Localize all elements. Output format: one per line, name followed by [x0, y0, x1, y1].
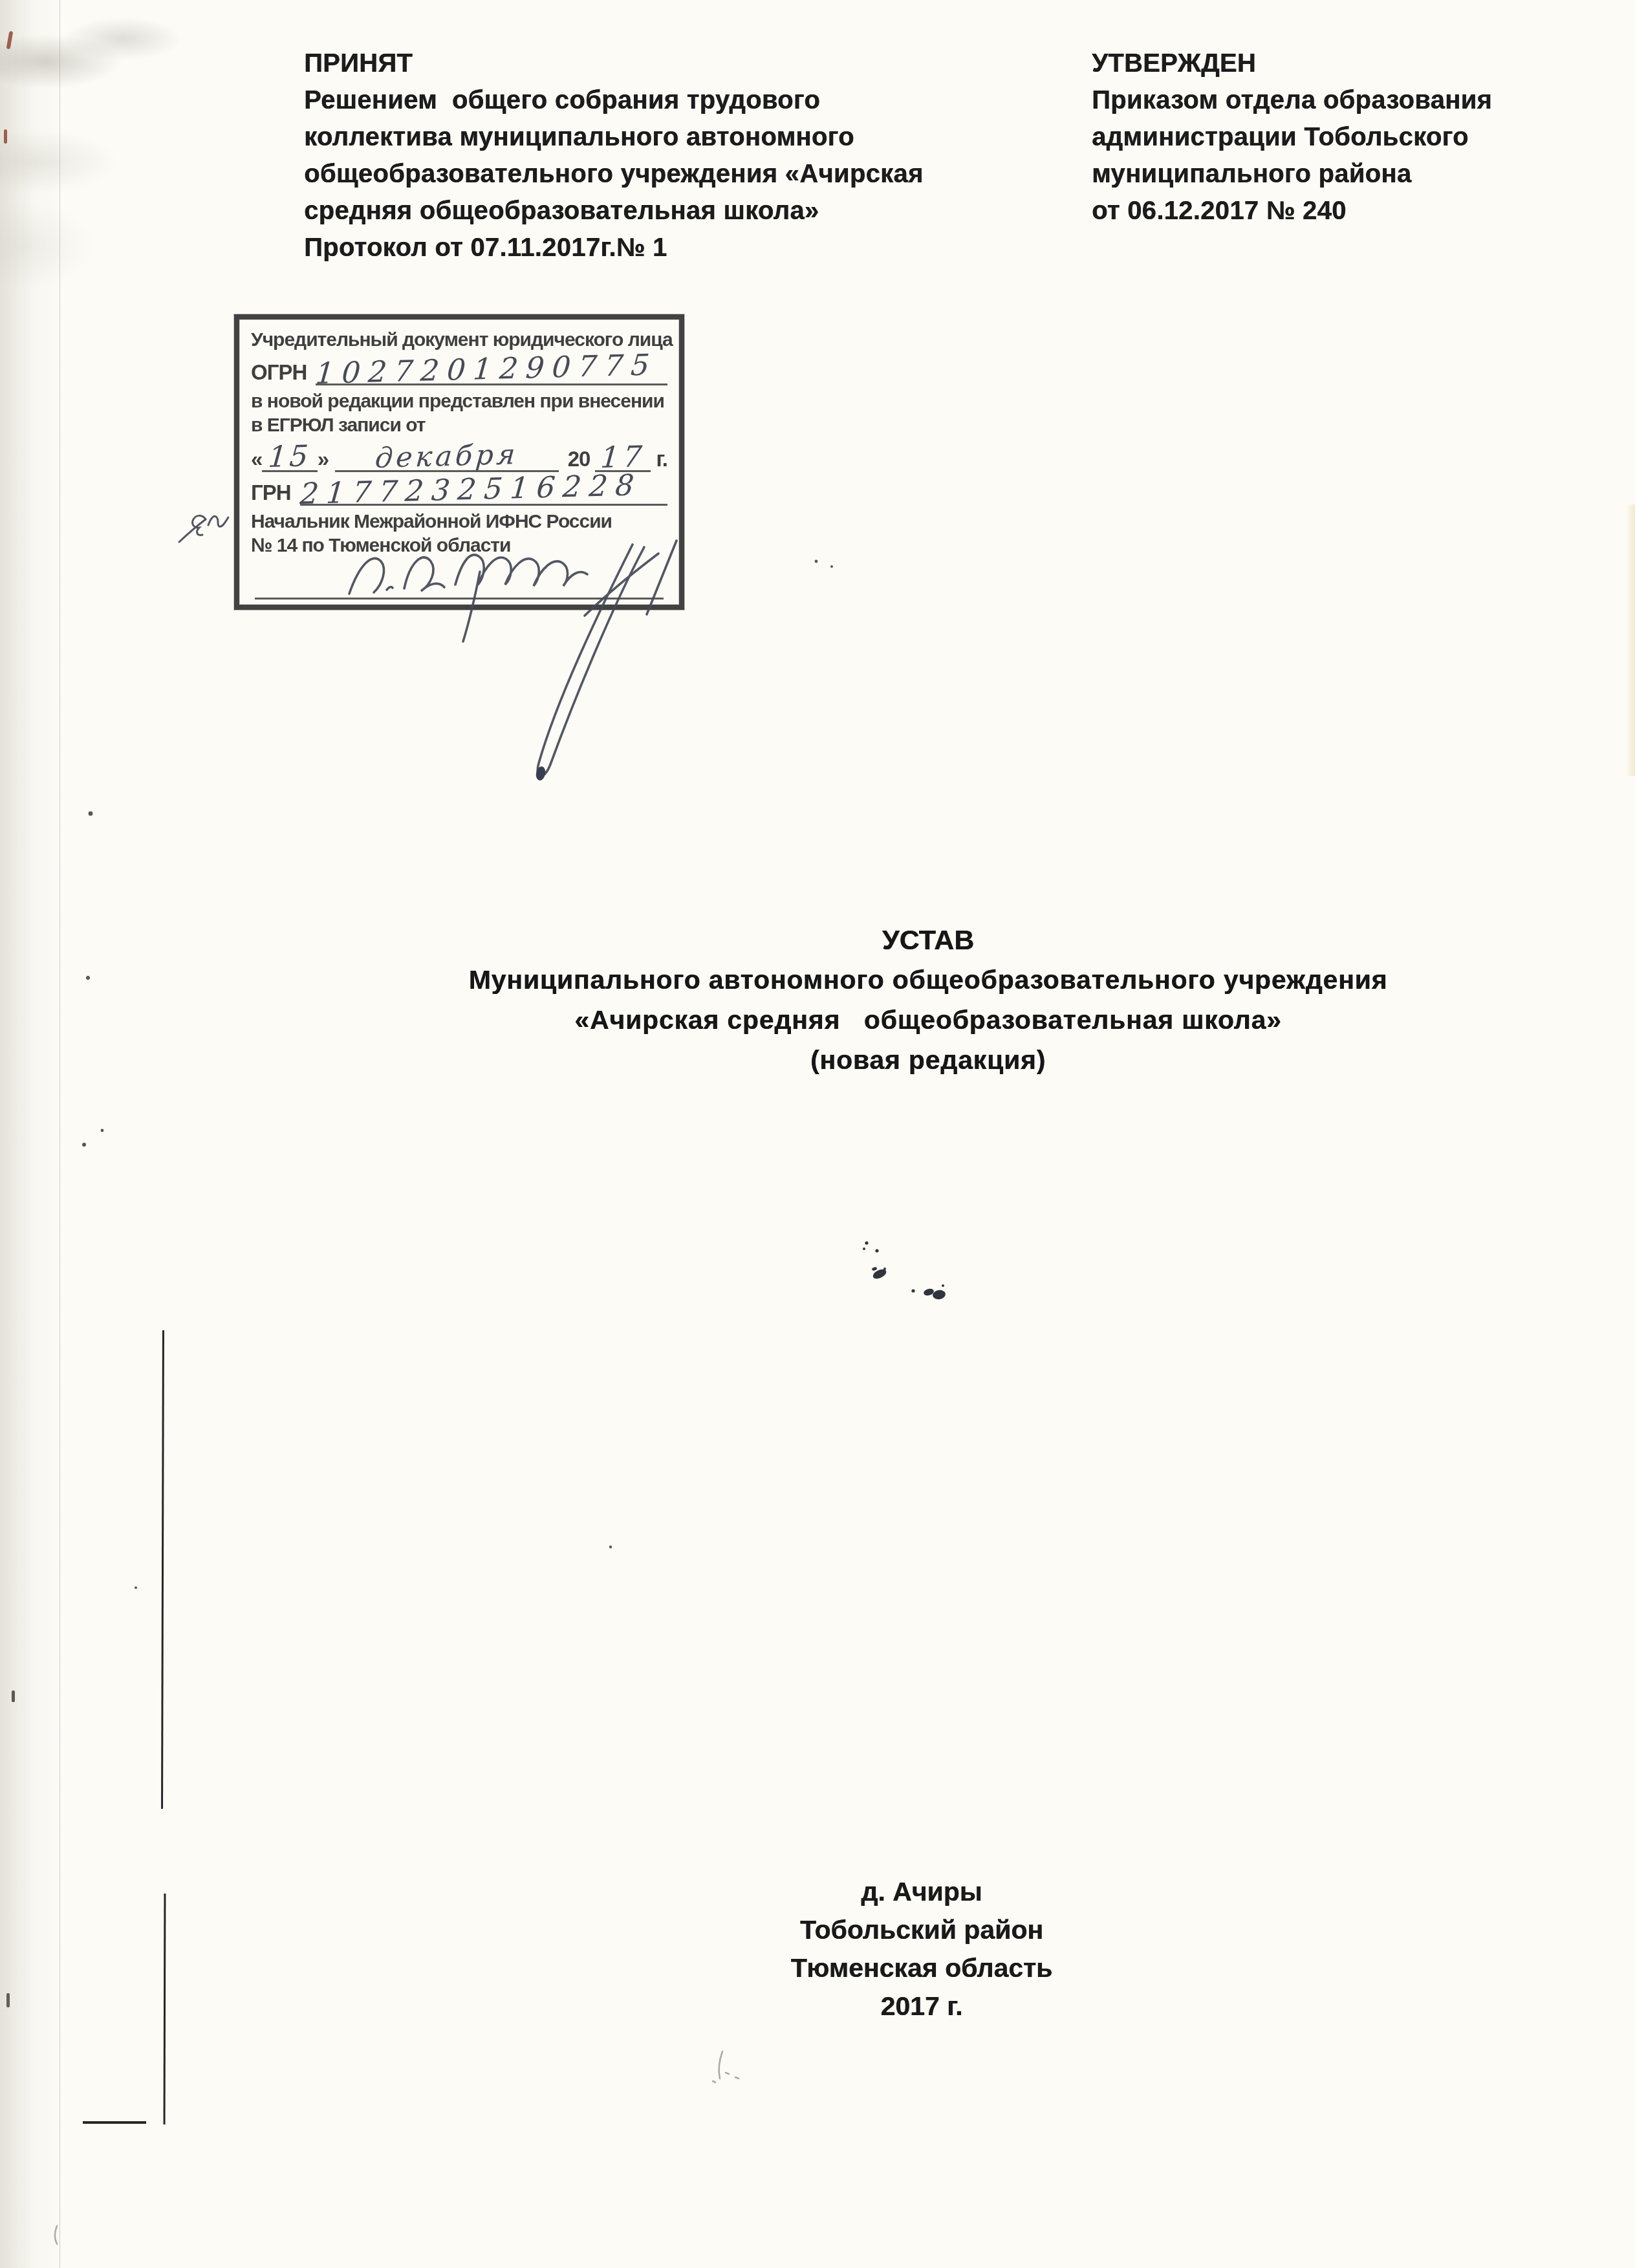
scan-specks — [6, 560, 833, 2007]
accepted-block: ПРИНЯТ Решением общего собрания трудовог… — [304, 45, 1074, 266]
footer-block: д. Ачиры Тобольский район Тюменская обла… — [213, 1873, 1630, 2025]
footer-line: 2017 г. — [213, 1987, 1630, 2025]
ink-blob — [535, 766, 547, 781]
close-quote: » — [318, 446, 329, 472]
page-fold-line-bottom — [83, 2121, 146, 2124]
accepted-line: коллектива муниципального автономного — [304, 119, 1074, 156]
grn-label: ГРН — [251, 480, 291, 506]
day-handwritten: 15 — [268, 443, 312, 470]
title-line: Муниципального автономного общеобразоват… — [220, 960, 1635, 1000]
approved-line: Приказом отдела образования — [1092, 82, 1596, 119]
grn-value-line: 2177232516228 — [300, 476, 667, 506]
scan-left-edge-shadow — [0, 0, 60, 2268]
accepted-line: Протокол от 07.11.2017г.№ 1 — [304, 230, 1074, 266]
accepted-line: средняя общеобразовательная школа» — [304, 193, 1074, 230]
page-fold-line-upper — [161, 1330, 164, 1809]
stamp-note-line: в новой редакции представлен при внесени… — [251, 389, 667, 413]
date-month-line: декабря — [335, 444, 559, 472]
open-quote: « — [251, 446, 262, 472]
stamp-grn-row: ГРН 2177232516228 — [251, 476, 667, 506]
faint-pen-mark — [55, 2051, 739, 2244]
stamp-note-line: в ЕГРЮЛ записи от — [251, 413, 667, 437]
ogrn-value-line: 1027201290775 — [316, 356, 667, 385]
stamp-ogrn-row: ОГРН 1027201290775 — [251, 356, 667, 385]
page-fold-line-lower — [164, 1894, 166, 2124]
approved-line: от 06.12.2017 № 240 — [1092, 193, 1596, 230]
title-line: (новая редакция) — [220, 1040, 1635, 1080]
stamp-official-line: Начальник Межрайонной ИФНС России — [251, 510, 667, 534]
stamp-official-line: № 14 по Тюменской области — [251, 534, 667, 557]
accepted-heading: ПРИНЯТ — [304, 45, 1074, 82]
approved-line: администрации Тобольского — [1092, 119, 1596, 156]
year-handwritten: 17 — [600, 444, 646, 471]
date-day-line: 15 — [262, 444, 317, 472]
year-prefix: 20 — [568, 446, 590, 472]
ogrn-handwritten-value: 1027201290775 — [315, 351, 658, 387]
signature-line — [255, 560, 664, 599]
year-suffix: г. — [656, 446, 667, 472]
grn-handwritten-value: 2177232516228 — [299, 471, 642, 508]
accepted-line: Решением общего собрания трудового — [304, 82, 1074, 119]
approved-line: муниципального района — [1092, 156, 1596, 193]
document-title: УСТАВ — [220, 921, 1635, 960]
stamp-date-row: « 15 » декабря 20 17 г. — [251, 444, 667, 472]
footer-line: д. Ачиры — [213, 1873, 1630, 1911]
footer-line: Тобольский район — [213, 1911, 1630, 1949]
registration-stamp: Учредительный документ юридического лица… — [234, 314, 684, 610]
accepted-line: общеобразовательного учреждения «Ачирска… — [304, 156, 1074, 193]
footer-line: Тюменская область — [213, 1949, 1630, 1987]
title-line: «Ачирская средняя общеобразовательная шк… — [220, 1000, 1635, 1040]
ogrn-label: ОГРН — [251, 360, 307, 385]
title-block: УСТАВ Муниципального автономного общеобр… — [220, 921, 1635, 1080]
scanned-charter-page: ПРИНЯТ Решением общего собрания трудовог… — [0, 0, 1635, 2268]
ink-smudges — [863, 1241, 946, 1300]
approved-heading: УТВЕРЖДЕН — [1092, 45, 1596, 82]
scan-corner-smudge — [0, 0, 220, 297]
scan-right-edge-tint — [1626, 504, 1635, 776]
approved-block: УТВЕРЖДЕН Приказом отдела образования ад… — [1092, 45, 1596, 230]
month-handwritten: декабря — [374, 442, 519, 471]
